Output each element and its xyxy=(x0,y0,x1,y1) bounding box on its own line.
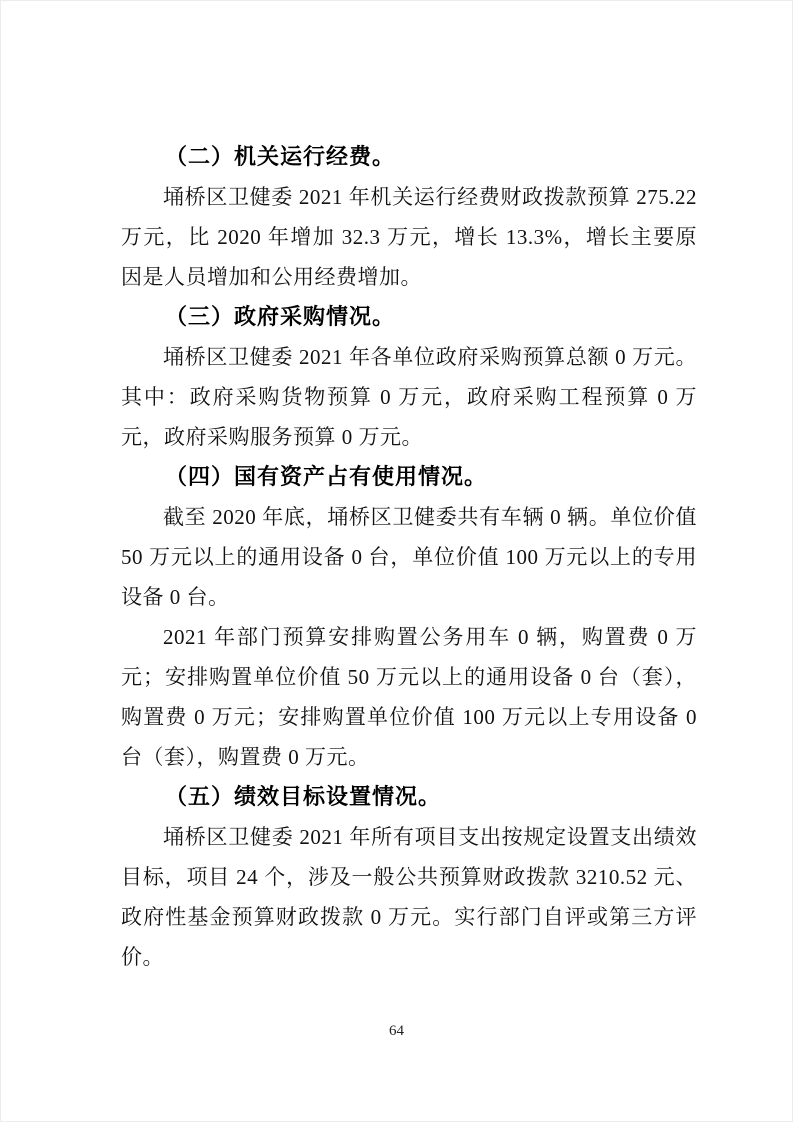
section-ii-heading: （二）机关运行经费。 xyxy=(121,137,697,177)
section-iv-paragraph-1: 截至 2020 年底，埇桥区卫健委共有车辆 0 辆。单位价值 50 万元以上的通… xyxy=(121,497,697,617)
section-iii-paragraph: 埇桥区卫健委 2021 年各单位政府采购预算总额 0 万元。其中：政府采购货物预… xyxy=(121,337,697,457)
section-v-heading: （五）绩效目标设置情况。 xyxy=(121,777,697,817)
document-page: （二）机关运行经费。 埇桥区卫健委 2021 年机关运行经费财政拨款预算 275… xyxy=(0,0,793,1122)
document-content: （二）机关运行经费。 埇桥区卫健委 2021 年机关运行经费财政拨款预算 275… xyxy=(121,137,697,977)
section-v-paragraph: 埇桥区卫健委 2021 年所有项目支出按规定设置支出绩效目标，项目 24 个，涉… xyxy=(121,817,697,977)
section-iv-paragraph-2: 2021 年部门预算安排购置公务用车 0 辆，购置费 0 万元；安排购置单位价值… xyxy=(121,617,697,777)
section-iii-heading: （三）政府采购情况。 xyxy=(121,297,697,337)
page-number: 64 xyxy=(1,1019,792,1043)
section-iv-heading: （四）国有资产占有使用情况。 xyxy=(121,457,697,497)
section-ii-paragraph: 埇桥区卫健委 2021 年机关运行经费财政拨款预算 275.22 万元，比 20… xyxy=(121,177,697,297)
